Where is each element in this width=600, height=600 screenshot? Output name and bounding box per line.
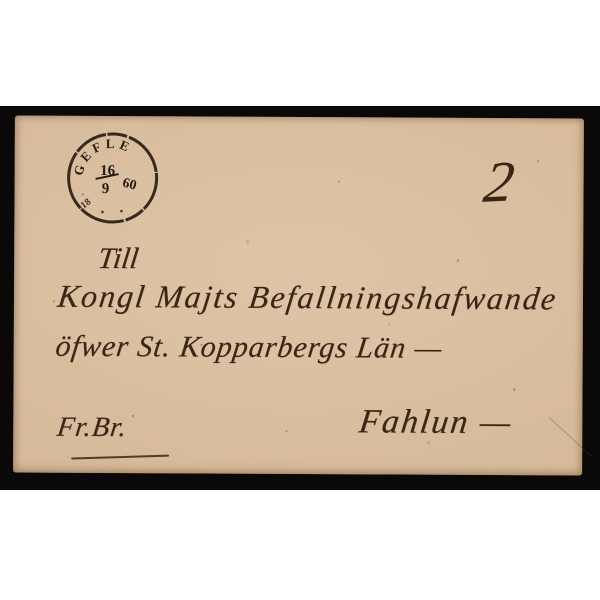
rate-marking: 2	[480, 147, 518, 215]
postmark-ornament-dot	[120, 210, 123, 213]
address-line-1: Till	[96, 242, 140, 276]
postmark-stamp: GEFLE 16 9 60 18	[64, 130, 161, 227]
envelope: GEFLE 16 9 60 18 2 Till Kongl Majts Befa…	[13, 116, 584, 476]
address-line-2: Kongl Majts Befallningshafwande	[56, 278, 560, 318]
address-line-3: öfwer St. Kopparbergs Län —	[54, 330, 445, 366]
postmark-year-suffix: 60	[121, 176, 138, 194]
photo-page: GEFLE 16 9 60 18 2 Till Kongl Majts Befa…	[0, 0, 600, 600]
destination: Fahlun —	[357, 403, 515, 442]
postmark-month: 9	[102, 181, 110, 197]
photo-background: GEFLE 16 9 60 18 2 Till Kongl Majts Befa…	[0, 106, 600, 490]
sender-notation: Fr.Br.	[55, 412, 129, 444]
paper-crease-line	[548, 417, 592, 457]
postmark-ornament-dot	[101, 211, 104, 214]
sender-notation-underline	[71, 455, 169, 460]
postmark-year-prefix: 18	[79, 197, 94, 212]
